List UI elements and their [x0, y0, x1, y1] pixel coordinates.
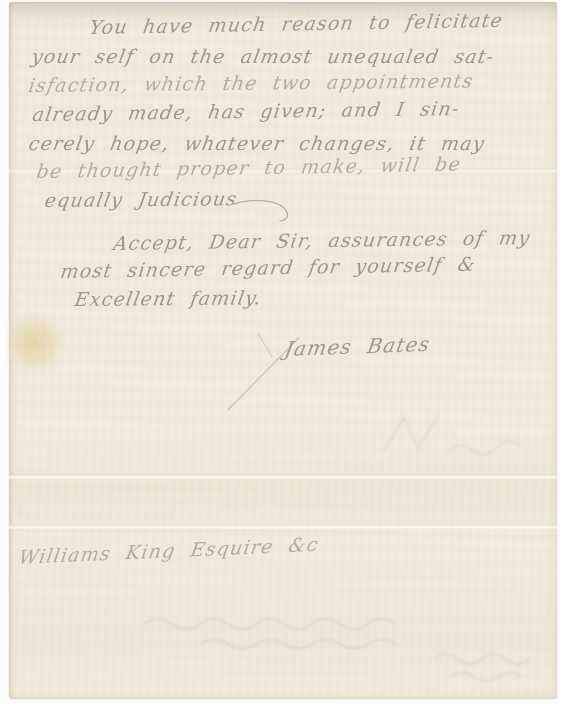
stain-spot: [2, 312, 66, 374]
letter-line: cerely hope, whatever changes, it may: [27, 133, 487, 155]
fold-crease: [9, 474, 557, 480]
letter-line: your self on the almost unequaled sat-: [30, 46, 496, 68]
letter-line: Excellent family.: [73, 287, 264, 311]
fold-crease: [9, 524, 557, 530]
letter-line: isfaction, which the two appointments: [27, 70, 475, 97]
pen-flourish: [232, 196, 296, 224]
letter-line: equally Judicious: [43, 188, 239, 212]
scanned-letter-page: You have much reason to felicitate your …: [0, 0, 564, 704]
